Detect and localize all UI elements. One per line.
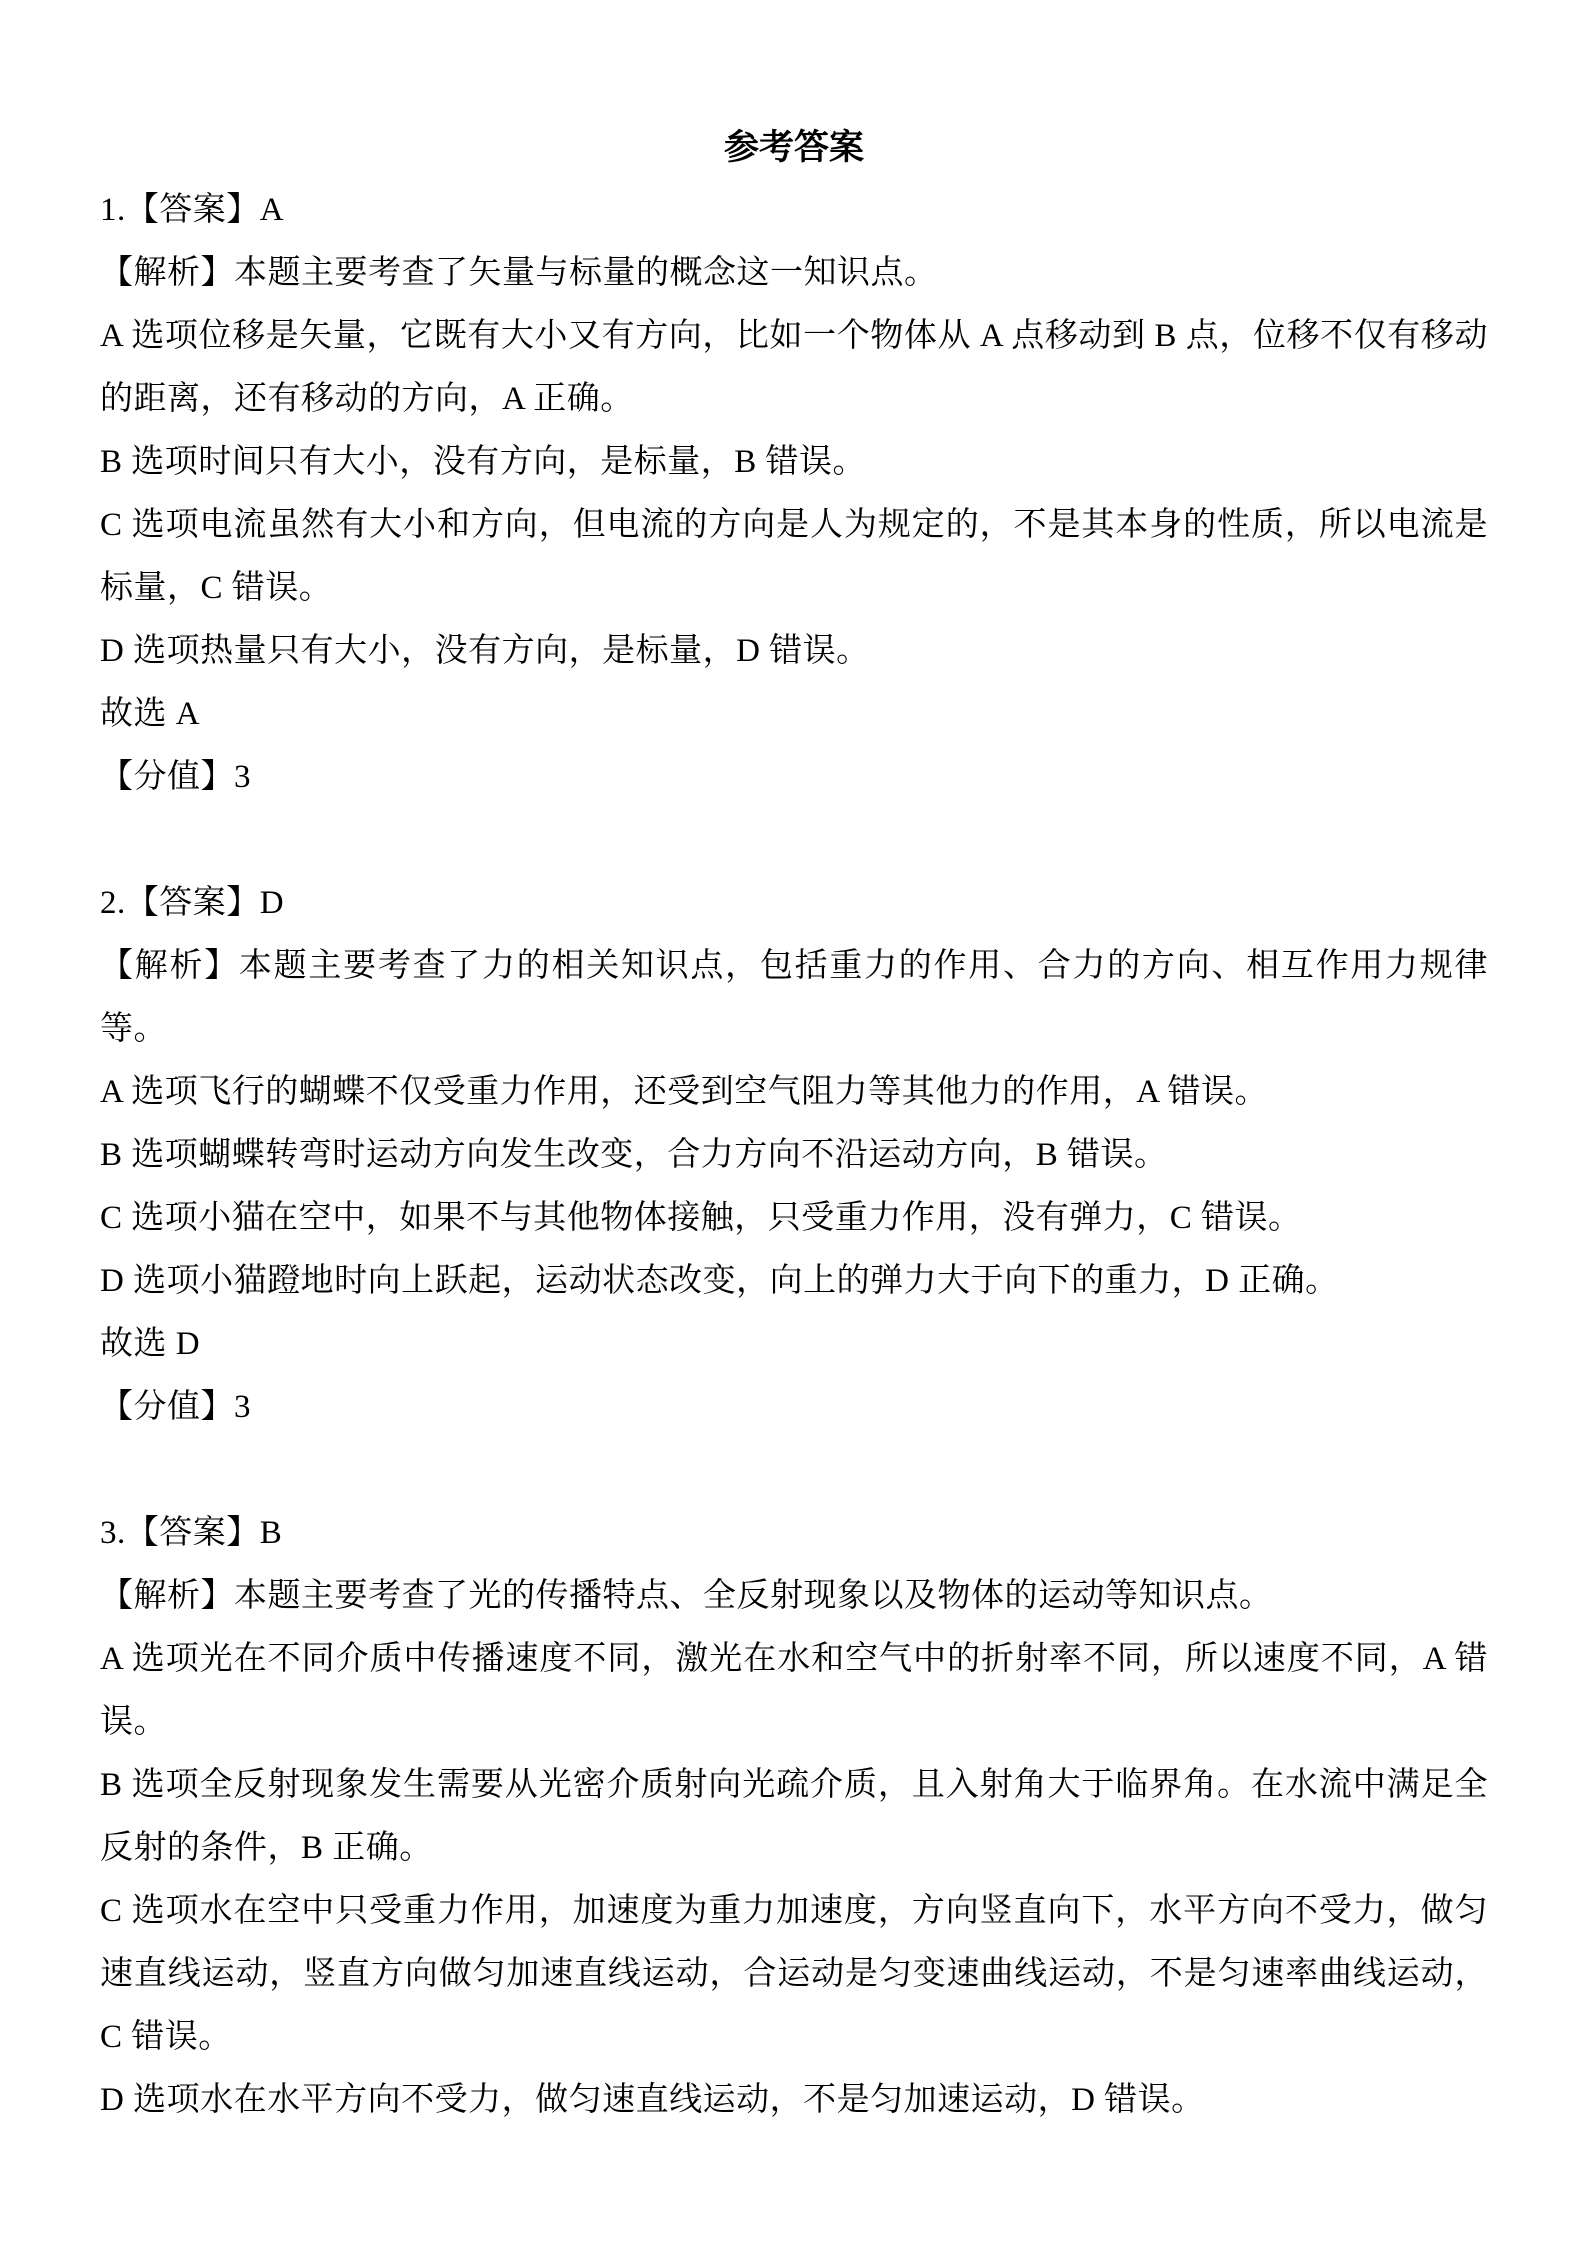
page-title: 参考答案 bbox=[100, 116, 1488, 179]
question-2-answer-line: 2.【答案】D bbox=[100, 872, 1488, 935]
question-1-conclusion: 故选 A bbox=[100, 683, 1488, 746]
question-2-analysis: 【解析】本题主要考查了力的相关知识点，包括重力的作用、合力的方向、相互作用力规律… bbox=[100, 935, 1488, 1061]
question-2-conclusion: 故选 D bbox=[100, 1313, 1488, 1376]
question-block-2: 2.【答案】D 【解析】本题主要考查了力的相关知识点，包括重力的作用、合力的方向… bbox=[100, 872, 1488, 1439]
question-2-option-b: B 选项蝴蝶转弯时运动方向发生改变，合力方向不沿运动方向，B 错误。 bbox=[100, 1124, 1488, 1187]
question-block-1: 1.【答案】A 【解析】本题主要考查了矢量与标量的概念这一知识点。 A 选项位移… bbox=[100, 179, 1488, 809]
question-3-option-d: D 选项水在水平方向不受力，做匀速直线运动，不是匀加速运动，D 错误。 bbox=[100, 2069, 1488, 2132]
question-1-option-c: C 选项电流虽然有大小和方向，但电流的方向是人为规定的，不是其本身的性质，所以电… bbox=[100, 494, 1488, 620]
question-2-option-a: A 选项飞行的蝴蝶不仅受重力作用，还受到空气阻力等其他力的作用，A 错误。 bbox=[100, 1061, 1488, 1124]
question-1-score-line: 【分值】3 bbox=[100, 746, 1488, 809]
question-2-score-line: 【分值】3 bbox=[100, 1376, 1488, 1439]
question-block-3: 3.【答案】B 【解析】本题主要考查了光的传播特点、全反射现象以及物体的运动等知… bbox=[100, 1502, 1488, 2132]
question-1-answer-line: 1.【答案】A bbox=[100, 179, 1488, 242]
document-page: 参考答案 1.【答案】A 【解析】本题主要考查了矢量与标量的概念这一知识点。 A… bbox=[0, 0, 1586, 2244]
question-2-option-c: C 选项小猫在空中，如果不与其他物体接触，只受重力作用，没有弹力，C 错误。 bbox=[100, 1187, 1488, 1250]
question-1-option-d: D 选项热量只有大小，没有方向，是标量，D 错误。 bbox=[100, 620, 1488, 683]
question-3-option-b: B 选项全反射现象发生需要从光密介质射向光疏介质，且入射角大于临界角。在水流中满… bbox=[100, 1754, 1488, 1880]
question-3-option-c: C 选项水在空中只受重力作用，加速度为重力加速度，方向竖直向下，水平方向不受力，… bbox=[100, 1880, 1488, 2069]
question-3-option-a: A 选项光在不同介质中传播速度不同，激光在水和空气中的折射率不同，所以速度不同，… bbox=[100, 1628, 1488, 1754]
question-1-option-a: A 选项位移是矢量，它既有大小又有方向，比如一个物体从 A 点移动到 B 点，位… bbox=[100, 305, 1488, 431]
question-2-option-d: D 选项小猫蹬地时向上跃起，运动状态改变，向上的弹力大于向下的重力，D 正确。 bbox=[100, 1250, 1488, 1313]
question-3-analysis: 【解析】本题主要考查了光的传播特点、全反射现象以及物体的运动等知识点。 bbox=[100, 1565, 1488, 1628]
question-1-analysis: 【解析】本题主要考查了矢量与标量的概念这一知识点。 bbox=[100, 242, 1488, 305]
question-3-answer-line: 3.【答案】B bbox=[100, 1502, 1488, 1565]
question-1-option-b: B 选项时间只有大小，没有方向，是标量，B 错误。 bbox=[100, 431, 1488, 494]
